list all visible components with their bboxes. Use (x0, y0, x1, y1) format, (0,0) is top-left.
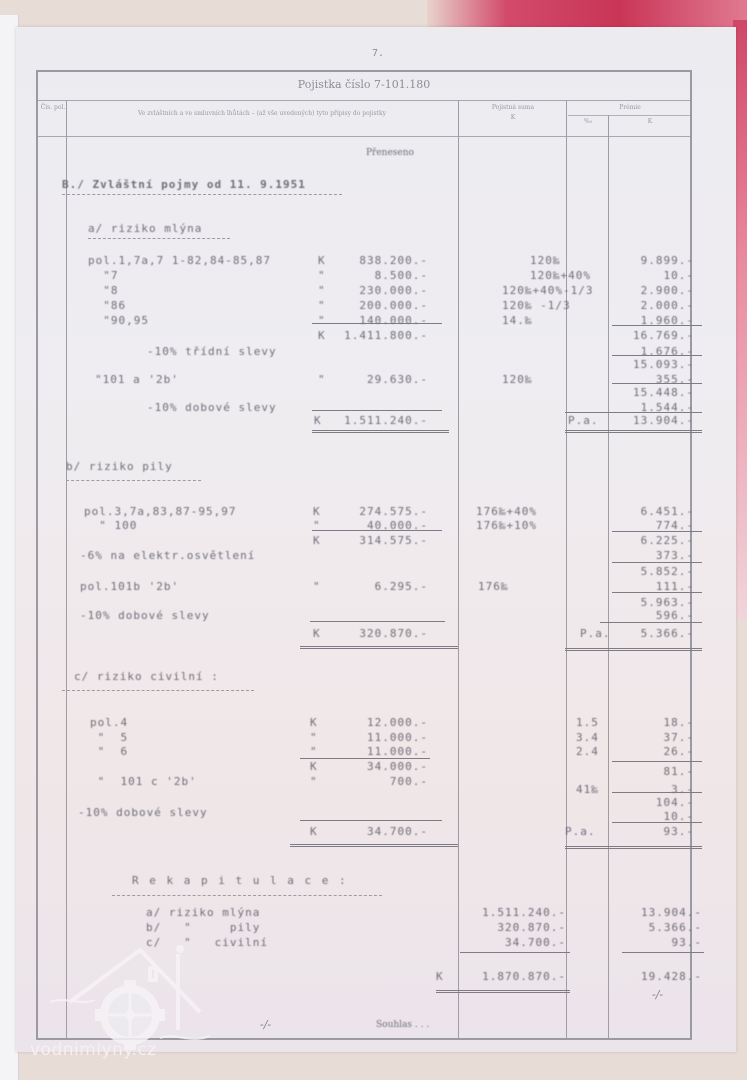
line-premium: 2.000.- (612, 299, 694, 312)
line-currency: " (310, 745, 318, 758)
page-number: 7. (372, 48, 384, 59)
total-double-rule (565, 846, 702, 849)
heading-underline (62, 194, 342, 195)
line-amount: 838.200.- (346, 254, 428, 267)
total-double-rule (312, 430, 449, 433)
line-text: -10% dobové slevy (80, 609, 210, 622)
line-rate: 41‰ (576, 783, 599, 796)
line-currency: " (318, 284, 326, 297)
section-heading: B./ Zvláštní pojmy od 11. 9.1951 (62, 178, 306, 191)
policy-title: Pojistka číslo 7-101.180 (38, 72, 690, 101)
line-amount: 11.000.- (346, 745, 428, 758)
line-premium: 373.- (612, 549, 694, 562)
total-amount: 320.870.- (346, 627, 428, 640)
total-amount: 1.511.240.- (326, 414, 428, 427)
line-amount: 34.000.- (346, 760, 428, 773)
total-currency: K (314, 414, 322, 427)
premium-rule (612, 592, 702, 593)
line-rate: 120‰+40% (530, 269, 591, 282)
line-currency: " (318, 314, 326, 327)
line-premium: 15.093.- (612, 358, 694, 371)
line-currency: " (310, 775, 318, 788)
line-text: " 101 c '2b' (90, 775, 197, 788)
line-rate: 176‰+40% (476, 505, 537, 518)
line-amount: 274.575.- (346, 505, 428, 518)
subsection-underline (66, 480, 201, 481)
line-text: pol.101b '2b' (80, 580, 179, 593)
line-text: -10% dobové slevy (78, 806, 208, 819)
subsection-underline (88, 238, 230, 239)
line-premium: 81.- (612, 765, 694, 778)
line-premium: 104.- (612, 796, 694, 809)
recap-sum: 320.870.- (462, 921, 566, 934)
line-text: "101 a '2b' (95, 373, 179, 386)
line-currency: " (310, 731, 318, 744)
line-premium: 355.- (612, 373, 694, 386)
line-amount: 29.630.- (346, 373, 428, 386)
sum-rule (300, 758, 430, 759)
line-rate: 176‰ (478, 580, 509, 593)
sum-rule (310, 621, 445, 622)
premium-rule (600, 622, 702, 623)
line-premium: 9.899.- (612, 254, 694, 267)
line-rate: 120‰ (502, 373, 533, 386)
line-text: " 100 (84, 519, 137, 532)
line-text: "90,95 (88, 314, 149, 327)
line-premium: 596.- (612, 609, 694, 622)
line-amount: 230.000.- (346, 284, 428, 297)
header-premium-divider (568, 115, 690, 116)
total-double-rule (290, 844, 458, 847)
header-premium: Prémie (568, 104, 692, 111)
line-premium: 6.225.- (612, 534, 694, 547)
header-description: Ve zvláštních a ve smluvních lhůtách – (… (72, 110, 452, 117)
line-text: pol.3,7a,83,87-95,97 (84, 505, 236, 518)
line-currency: " (318, 299, 326, 312)
recap-underline (112, 895, 382, 896)
line-premium: 5.852.- (612, 565, 694, 578)
sum-rule (312, 410, 442, 411)
line-premium: 37.- (612, 731, 694, 744)
line-premium: 1.676.- (612, 345, 694, 358)
line-amount: 314.575.- (346, 534, 428, 547)
line-premium: 15.448.- (612, 386, 694, 399)
premium-rule (612, 761, 702, 762)
subsection-heading-c: c/ riziko civilní : (74, 670, 219, 683)
total-amount: 34.700.- (346, 825, 428, 838)
column-divider (566, 100, 567, 1038)
recap-premium: 93.- (620, 936, 702, 949)
recap-rule (460, 952, 570, 953)
premium-rule (612, 792, 702, 793)
background-fabric (427, 0, 747, 30)
line-rate: 176‰+10% (476, 519, 537, 532)
premium-rule (612, 562, 702, 563)
recap-label: b/ " pily (146, 921, 260, 934)
total-double-rule (565, 430, 702, 433)
total-premium: 93.- (612, 825, 694, 838)
table-header: Čís. pol. Ve zvláštních a ve smluvních l… (38, 100, 690, 137)
line-premium: 16.769.- (612, 329, 694, 342)
line-premium: 3.- (612, 783, 694, 796)
line-amount: 6.295.- (346, 580, 428, 593)
recap-total-sum: 1.870.870.- (456, 970, 566, 983)
column-divider (608, 115, 609, 1038)
line-rate: 1.5 (576, 716, 599, 729)
total-rate: P.a. (568, 414, 599, 427)
line-amount: 700.- (346, 775, 428, 788)
total-currency: K (310, 825, 318, 838)
line-text: " 5 (90, 731, 128, 744)
line-rate: 120‰+40%-1/3 (502, 284, 593, 297)
column-divider (458, 100, 459, 1038)
line-currency: K (318, 254, 326, 267)
total-rate: P.a. (565, 825, 596, 838)
carried-forward-label: Přeneseno (366, 148, 414, 158)
line-currency: K (310, 716, 318, 729)
line-premium: 2.900.- (612, 284, 694, 297)
footer-mark: -/- (260, 1018, 271, 1031)
premium-rule (612, 355, 702, 356)
header-sum: Pojistná suma (460, 104, 566, 111)
header-sum-unit: K (460, 114, 566, 121)
line-amount: 12.000.- (346, 716, 428, 729)
line-amount: 1.411.800.- (334, 329, 428, 342)
line-text: " 6 (90, 745, 128, 758)
line-premium: 10.- (612, 269, 694, 282)
recap-total-double-rule (436, 990, 570, 993)
sum-rule (300, 820, 442, 821)
line-rate: 3.4 (576, 731, 599, 744)
recap-rule (622, 952, 704, 953)
total-rate: P.a. (580, 627, 611, 640)
line-amount: 11.000.- (346, 731, 428, 744)
line-premium: 26.- (612, 745, 694, 758)
line-currency: K (318, 329, 326, 342)
premium-rule (565, 412, 702, 413)
recap-heading: R e k a p i t u l a c e : (132, 874, 348, 887)
premium-rule (612, 383, 702, 384)
line-text: -10% třídní slevy (147, 345, 277, 358)
sum-rule (312, 530, 442, 531)
recap-label: a/ riziko mlýna (146, 906, 260, 919)
line-rate: 120‰ (530, 254, 561, 267)
header-item-number: Čís. pol. (40, 104, 66, 111)
recap-premium: 5.366.- (620, 921, 702, 934)
line-currency: K (310, 760, 318, 773)
total-currency: K (313, 627, 321, 640)
line-text: "7 (88, 269, 119, 282)
recap-total-currency: K (436, 970, 444, 983)
line-text: pol.1,7a,7 1-82,84-85,87 (88, 254, 271, 267)
line-premium: 6.451.- (612, 505, 694, 518)
recap-sum: 1.511.240.- (462, 906, 566, 919)
line-currency: " (318, 373, 326, 386)
subsection-underline (62, 690, 254, 691)
header-premium-k: K (610, 118, 690, 125)
line-premium: 18.- (612, 716, 694, 729)
column-divider (66, 100, 67, 1038)
total-double-rule (300, 646, 458, 649)
sum-rule (312, 323, 442, 324)
total-premium: 5.366.- (612, 627, 694, 640)
header-rate: %₀ (568, 118, 608, 125)
line-amount: 140.000.- (346, 314, 428, 327)
line-amount: 8.500.- (346, 269, 428, 282)
line-text: pol.4 (90, 716, 128, 729)
recap-closing-mark: -/- (652, 988, 663, 1001)
line-premium: 5.963.- (612, 596, 694, 609)
line-text: "8 (88, 284, 119, 297)
subsection-heading-b: b/ riziko pily (66, 460, 173, 473)
line-currency: " (313, 580, 321, 593)
line-rate: 2.4 (576, 745, 599, 758)
total-premium: 13.904.- (612, 414, 694, 427)
recap-total-premium: 19.428.- (620, 970, 702, 983)
line-currency: K (313, 505, 321, 518)
line-amount: 200.000.- (346, 299, 428, 312)
carry-forward-label: Souhlas . . . (376, 1020, 429, 1030)
premium-rule (612, 325, 702, 326)
total-double-rule (565, 648, 702, 651)
subsection-heading-a: a/ riziko mlýna (88, 222, 202, 235)
line-currency: K (313, 534, 321, 547)
line-currency: " (318, 269, 326, 282)
recap-premium: 13.904.- (620, 906, 702, 919)
premium-rule (612, 531, 702, 532)
premium-rule (612, 822, 702, 823)
line-text: -10% dobové slevy (147, 401, 277, 414)
line-text: -6% na elektr.osvětlení (80, 549, 255, 562)
watermark-text: vodnimlyny.cz (30, 1040, 157, 1060)
line-text: "86 (88, 299, 126, 312)
line-rate: 120‰ -1/3 (502, 299, 571, 312)
recap-sum: 34.700.- (462, 936, 566, 949)
line-rate: 14.‰ (502, 314, 533, 327)
